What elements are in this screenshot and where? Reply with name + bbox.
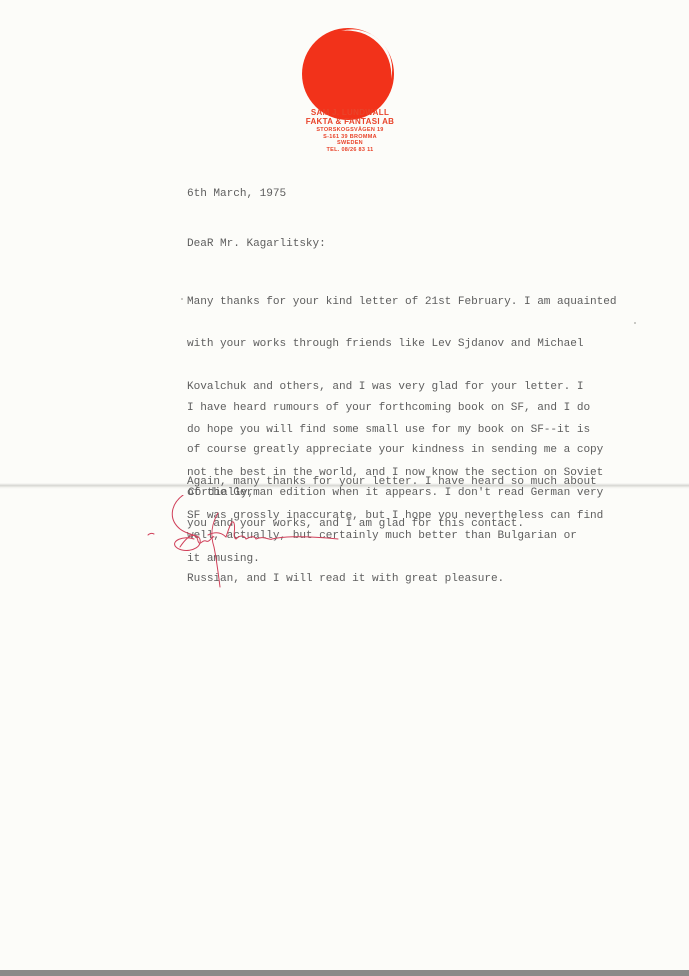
letter-date: 6th March, 1975 xyxy=(187,188,286,200)
letterhead-name: SAM J. LUNDWALL xyxy=(290,108,410,117)
paper-speck xyxy=(634,322,636,324)
letterhead: SAM J. LUNDWALL FAKTA & FANTASI AB STORS… xyxy=(290,108,410,154)
sun-logo-icon xyxy=(301,27,395,121)
letter-salutation: DeaR Mr. Kagarlitsky: xyxy=(187,238,326,250)
text-line: Many thanks for your kind letter of 21st… xyxy=(187,295,616,309)
handwritten-signature-icon xyxy=(140,495,370,595)
letterhead-phone: TEL. 08/26 83 11 xyxy=(290,147,410,154)
letterhead-country: SWEDEN xyxy=(290,140,410,147)
letterhead-company: FAKTA & FANTASI AB xyxy=(290,117,410,127)
paper-bottom-edge xyxy=(0,970,689,976)
paper-speck xyxy=(181,298,183,300)
letterhead-street: STORSKOGSVÄGEN 19 xyxy=(290,127,410,134)
letterhead-postal: S-161 39 BROMMA xyxy=(290,134,410,141)
text-line: with your works through friends like Lev… xyxy=(187,337,616,351)
text-line: I have heard rumours of your forthcoming… xyxy=(187,401,603,415)
